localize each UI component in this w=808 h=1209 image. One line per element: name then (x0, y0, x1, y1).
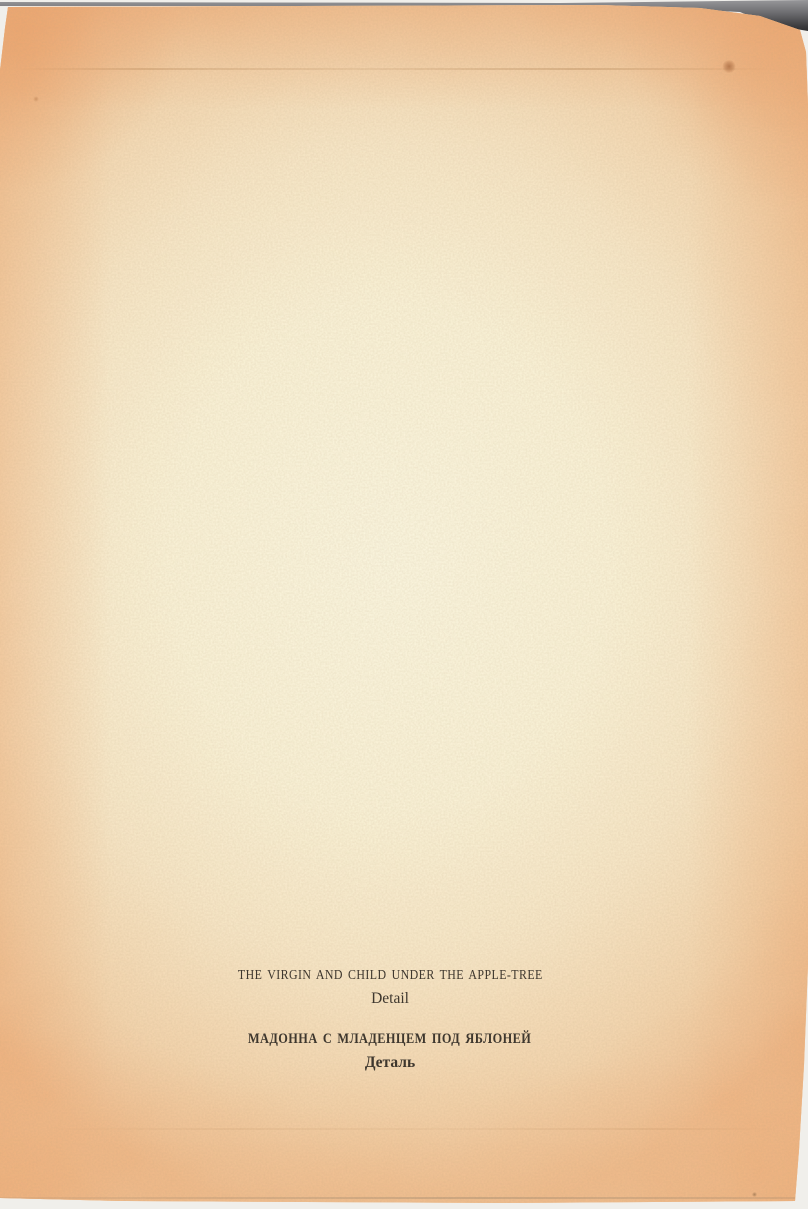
plate-caption: THE VIRGIN AND CHILD UNDER THE APPLE-TRE… (0, 969, 780, 1071)
caption-title-russian-text: МАДОННА С МЛАДЕНЦЕМ ПОД ЯБЛОНЕЙ (248, 1032, 531, 1047)
caption-title-russian: МАДОННА С МЛАДЕНЦЕМ ПОД ЯБЛОНЕЙ (0, 1032, 780, 1047)
caption-subtitle-russian-text: Деталь (365, 1054, 415, 1071)
paper-blemish-spot (722, 60, 736, 73)
paper-crease-line-top (0, 68, 808, 70)
caption-title-english: THE VIRGIN AND CHILD UNDER THE APPLE-TRE… (0, 969, 780, 983)
caption-subtitle-english: Detail (0, 991, 780, 1007)
caption-subtitle-english-text: Detail (371, 990, 409, 1007)
paper-crease-line-bottom (0, 1128, 808, 1130)
caption-title-english-text: THE VIRGIN AND CHILD UNDER THE APPLE-TRE… (238, 969, 543, 983)
scanned-page-background: THE VIRGIN AND CHILD UNDER THE APPLE-TRE… (0, 0, 808, 1209)
caption-subtitle-russian: Деталь (0, 1055, 780, 1071)
page-bottom-edge-shadow (0, 1197, 795, 1199)
paper-blemish-spot (33, 96, 39, 102)
book-page: THE VIRGIN AND CHILD UNDER THE APPLE-TRE… (0, 0, 808, 1209)
